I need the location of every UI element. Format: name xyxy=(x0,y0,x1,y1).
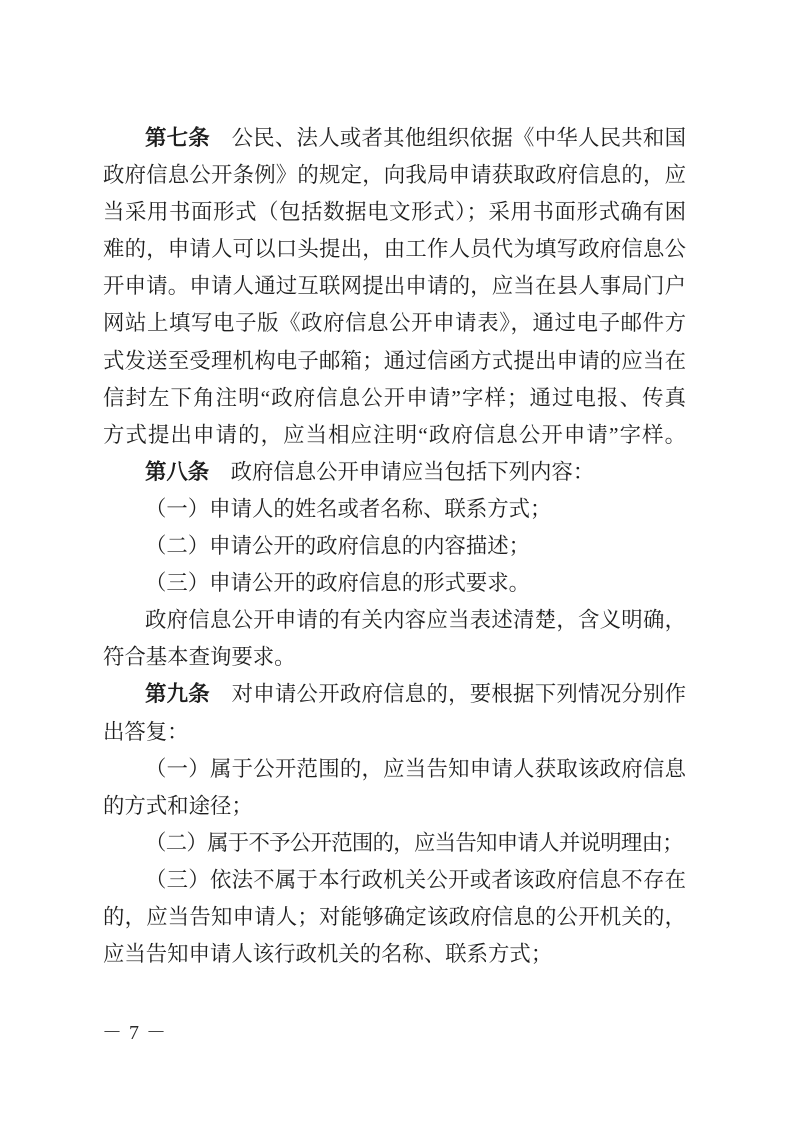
text-segment: 难的，申请人可以口头提出，由工作人员代为填写政府信息公 xyxy=(103,237,686,261)
page-number: － 7 － xyxy=(102,1019,167,1047)
text-line: 出答复： xyxy=(103,714,686,751)
text-line: （二）属于不予公开范围的，应当告知申请人并说明理由； xyxy=(103,825,686,862)
text-line: 第七条 公民、法人或者其他组织依据《中华人民共和国 xyxy=(103,120,686,157)
text-line: （一）申请人的姓名或者名称、联系方式； xyxy=(103,491,686,528)
text-segment: 出答复： xyxy=(103,720,189,744)
text-segment: 当采用书面形式（包括数据电文形式）；采用书面形式确有困 xyxy=(103,200,686,224)
text-segment: （二）申请公开的政府信息的内容描述； xyxy=(145,534,530,558)
text-segment: 方式提出申请的，应当相应注明“政府信息公开申请”字样。 xyxy=(103,423,686,447)
text-segment: 公民、法人或者其他组织依据《中华人民共和国 xyxy=(210,126,686,150)
text-line: 网站上填写电子版《政府信息公开申请表》，通过电子邮件方 xyxy=(103,305,686,342)
text-segment: 的方式和途径； xyxy=(103,794,253,818)
text-segment: （三）申请公开的政府信息的形式要求。 xyxy=(145,571,530,595)
text-line: 信封左下角注明“政府信息公开申请”字样；通过电报、传真 xyxy=(103,380,686,417)
text-segment: 式发送至受理机构电子邮箱；通过信函方式提出申请的应当在 xyxy=(103,349,686,373)
text-line: 难的，申请人可以口头提出，由工作人员代为填写政府信息公 xyxy=(103,231,686,268)
text-line: （三）申请公开的政府信息的形式要求。 xyxy=(103,565,686,602)
text-segment: 政府信息公开条例》的规定，向我局申请获取政府信息的，应 xyxy=(103,163,686,187)
text-line: 政府信息公开条例》的规定，向我局申请获取政府信息的，应 xyxy=(103,157,686,194)
text-segment: 对申请公开政府信息的，要根据下列情况分别作 xyxy=(210,682,686,706)
text-line: （二）申请公开的政府信息的内容描述； xyxy=(103,528,686,565)
text-segment: 网站上填写电子版《政府信息公开申请表》，通过电子邮件方 xyxy=(103,311,686,335)
text-line: 的方式和途径； xyxy=(103,788,686,825)
text-segment: （一）申请人的姓名或者名称、联系方式； xyxy=(145,497,551,521)
article-number: 第七条 xyxy=(145,126,210,150)
text-line: 方式提出申请的，应当相应注明“政府信息公开申请”字样。 xyxy=(103,417,686,454)
text-line: 政府信息公开申请的有关内容应当表述清楚，含义明确， xyxy=(103,602,686,639)
text-line: 第九条 对申请公开政府信息的，要根据下列情况分别作 xyxy=(103,676,686,713)
text-line: 符合基本查询要求。 xyxy=(103,639,686,676)
text-line: 开申请。申请人通过互联网提出申请的，应当在县人事局门户 xyxy=(103,268,686,305)
text-segment: 信封左下角注明“政府信息公开申请”字样；通过电报、传真 xyxy=(103,386,686,410)
text-line: （三）依法不属于本行政机关公开或者该政府信息不存在 xyxy=(103,862,686,899)
text-segment: 政府信息公开申请的有关内容应当表述清楚，含义明确， xyxy=(145,608,686,632)
text-segment: （二）属于不予公开范围的，应当告知申请人并说明理由； xyxy=(145,831,683,855)
text-line: 当采用书面形式（包括数据电文形式）；采用书面形式确有困 xyxy=(103,194,686,231)
text-segment: 的，应当告知申请人；对能够确定该政府信息的公开机关的， xyxy=(103,905,686,929)
text-line: 第八条 政府信息公开申请应当包括下列内容： xyxy=(103,454,686,491)
text-segment: （三）依法不属于本行政机关公开或者该政府信息不存在 xyxy=(145,868,686,892)
document-page: 第七条 公民、法人或者其他组织依据《中华人民共和国政府信息公开条例》的规定，向我… xyxy=(0,0,793,1122)
text-line: 的，应当告知申请人；对能够确定该政府信息的公开机关的， xyxy=(103,899,686,936)
article-number: 第九条 xyxy=(145,682,210,706)
document-body: 第七条 公民、法人或者其他组织依据《中华人民共和国政府信息公开条例》的规定，向我… xyxy=(103,120,686,973)
text-segment: （一）属于公开范围的，应当告知申请人获取该政府信息 xyxy=(145,757,686,781)
text-segment: 政府信息公开申请应当包括下列内容： xyxy=(209,460,594,484)
text-segment: 应当告知申请人该行政机关的名称、联系方式； xyxy=(103,942,552,966)
text-line: （一）属于公开范围的，应当告知申请人获取该政府信息 xyxy=(103,751,686,788)
text-line: 式发送至受理机构电子邮箱；通过信函方式提出申请的应当在 xyxy=(103,343,686,380)
text-line: 应当告知申请人该行政机关的名称、联系方式； xyxy=(103,936,686,973)
article-number: 第八条 xyxy=(145,460,209,484)
text-segment: 开申请。申请人通过互联网提出申请的，应当在县人事局门户 xyxy=(103,274,686,298)
text-segment: 符合基本查询要求。 xyxy=(103,645,296,669)
